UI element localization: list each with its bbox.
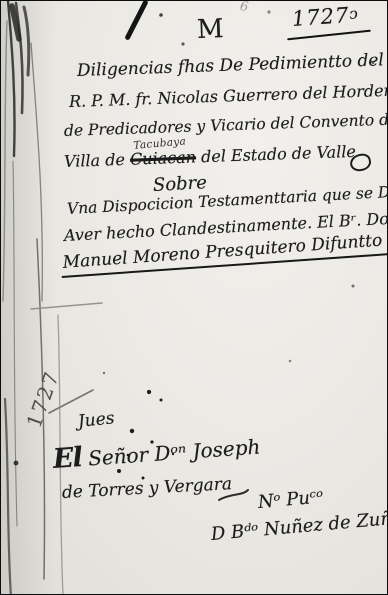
judge-name-line-1: El Señor Dᵒⁿ Joseph bbox=[52, 430, 261, 475]
pencil-mark: 6 bbox=[239, 0, 249, 15]
file-year-digits: 1727 bbox=[291, 3, 350, 31]
judge-label: Jues bbox=[77, 408, 115, 432]
file-year-flourish: ↄ bbox=[349, 4, 360, 23]
manuscript-page: M 6 1727ↄ Diligencias fhas De Pedimientt… bbox=[0, 0, 388, 595]
judge-name-line-2: de Torres y Vergara bbox=[61, 474, 232, 503]
notary-signature: D Bᵈᵒ Nuñez de Zuñiga bbox=[210, 506, 388, 545]
file-year: 1727ↄ bbox=[291, 2, 359, 31]
villa-line: Villa de CuiacanTacubaya del Estado de V… bbox=[64, 142, 357, 171]
margin-year: 1727 bbox=[18, 357, 68, 440]
villa-prefix: Villa de bbox=[64, 150, 131, 171]
notary-abbreviation: Nᵒ Puᶜᵒ bbox=[257, 486, 324, 513]
file-year-underline bbox=[287, 30, 371, 41]
title-line-2: R. P. M. fr. Nicolas Guerrero del Horden bbox=[69, 81, 388, 111]
villa-struck-word: CuiacanTacubaya bbox=[130, 147, 197, 168]
title-line-3: de Predicadores y Vicario del Convento d… bbox=[64, 110, 388, 140]
judge-name-rest: Señor Dᵒⁿ Joseph bbox=[81, 435, 261, 471]
letter-m: M bbox=[196, 14, 224, 45]
ink-stroke-mark bbox=[124, 0, 148, 41]
title-line-1: Diligencias fhas De Pedimientto del bbox=[77, 50, 384, 81]
villa-suffix: del Estado de Valle bbox=[196, 142, 357, 167]
judge-name-initial: El bbox=[52, 442, 83, 475]
